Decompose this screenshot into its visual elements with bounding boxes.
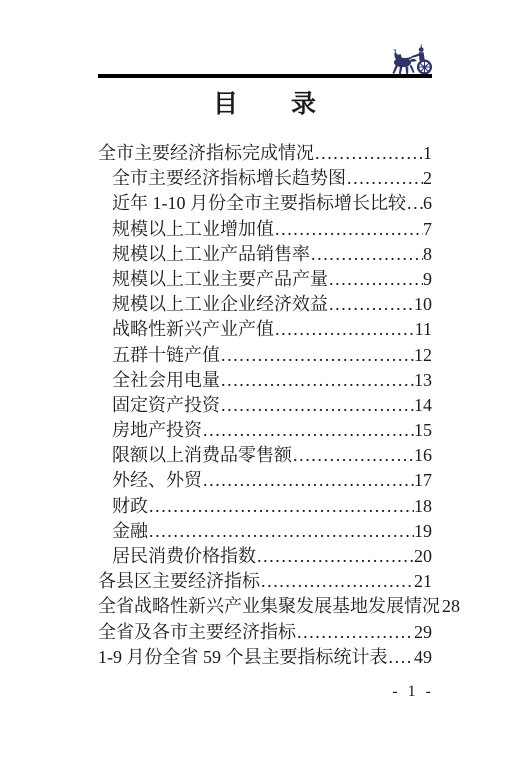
toc-entry-label: 各县区主要经济指标	[98, 569, 260, 594]
toc-entry-page: 19	[414, 519, 432, 544]
toc-entry[interactable]: 全社会用电量 .................................…	[98, 368, 432, 393]
toc-entry-label: 全社会用电量	[112, 368, 220, 393]
toc-entry-label: 房地产投资	[112, 418, 202, 443]
toc-entry-label: 外经、外贸	[112, 468, 202, 493]
toc-entry-label: 限额以上消费品零售额	[112, 443, 292, 468]
header-rule	[98, 74, 432, 78]
page-number: - 1 -	[98, 683, 432, 701]
dot-leader: ........................................…	[292, 443, 414, 468]
toc-entry-page: 7	[423, 217, 432, 242]
toc-entry[interactable]: 全省及各市主要经济指标 ............................…	[98, 620, 432, 645]
dot-leader: ........................................…	[310, 242, 423, 267]
dot-leader: ........................................…	[256, 544, 414, 569]
toc-entry[interactable]: 限额以上消费品零售额 .............................…	[98, 443, 432, 468]
toc-entry-label: 固定资产投资	[112, 393, 220, 418]
dot-leader: ........................................…	[148, 494, 414, 519]
toc-entry[interactable]: 规模以上工业产品销售率 ............................…	[98, 242, 432, 267]
toc-entry-label: 全省及各市主要经济指标	[98, 620, 296, 645]
toc-entry-page: 28	[442, 594, 460, 619]
toc-entry[interactable]: 金融 .....................................…	[98, 519, 432, 544]
dot-leader: ........................................…	[346, 166, 423, 191]
toc-entry-page: 14	[414, 393, 432, 418]
toc-entry[interactable]: 规模以上工业企业经济效益 ...........................…	[98, 292, 432, 317]
toc-entry-label: 规模以上工业产品销售率	[112, 242, 310, 267]
dot-leader: ........................................…	[274, 317, 415, 342]
toc-entry[interactable]: 固定资产投资 .................................…	[98, 393, 432, 418]
toc-entry-page: 2	[423, 166, 432, 191]
toc-entry-label: 近年 1-10 月份全市主要指标增长比较	[112, 191, 406, 216]
toc-entry-page: 18	[414, 494, 432, 519]
toc-entry-page: 12	[414, 343, 432, 368]
dot-leader: ........................................…	[220, 368, 414, 393]
dot-leader: ........................................…	[314, 141, 423, 166]
toc-entry-page: 10	[414, 292, 432, 317]
dot-leader: ........................................…	[328, 267, 423, 292]
toc-entry-page: 15	[414, 418, 432, 443]
dot-leader: ........................................…	[202, 418, 414, 443]
toc-entry[interactable]: 外经、外贸 ..................................…	[98, 468, 432, 493]
toc-entry-label: 战略性新兴产业产值	[112, 317, 274, 342]
dot-leader: ........................................…	[148, 519, 414, 544]
toc-entry[interactable]: 全市主要经济指标完成情况 ...........................…	[98, 141, 432, 166]
toc-entry-label: 1-9 月份全省 59 个县主要指标统计表	[98, 645, 388, 670]
toc-entry[interactable]: 战略性新兴产业产值 ..............................…	[98, 317, 432, 342]
dot-leader: ........................................…	[202, 468, 414, 493]
toc-list: 全市主要经济指标完成情况 ...........................…	[98, 141, 432, 670]
toc-entry-page: 20	[414, 544, 432, 569]
dot-leader: ........................................…	[388, 645, 415, 670]
page-title: 目 录	[98, 84, 432, 120]
dot-leader: ........................................…	[220, 393, 414, 418]
toc-entry[interactable]: 居民消费价格指数 ...............................…	[98, 544, 432, 569]
toc-entry-page: 29	[414, 620, 432, 645]
toc-entry-page: 17	[414, 468, 432, 493]
toc-entry-page: 1	[423, 141, 432, 166]
dot-leader: ........................................…	[296, 620, 414, 645]
toc-entry-page: 6	[423, 191, 432, 216]
toc-entry-page: 49	[414, 645, 432, 670]
toc-entry-page: 9	[423, 267, 432, 292]
toc-entry-label: 规模以上工业企业经济效益	[112, 292, 328, 317]
dot-leader: ........................................…	[260, 569, 414, 594]
toc-entry-label: 全市主要经济指标完成情况	[98, 141, 314, 166]
horse-chariot-logo-icon	[391, 44, 435, 76]
dot-leader: ........................................…	[220, 343, 414, 368]
toc-entry[interactable]: 规模以上工业主要产品产量 ...........................…	[98, 267, 432, 292]
toc-entry-label: 全省战略性新兴产业集聚发展基地发展情况	[98, 594, 440, 619]
toc-entry[interactable]: 各县区主要经济指标 ..............................…	[98, 569, 432, 594]
toc-entry[interactable]: 全市主要经济指标增长趋势图 ..........................…	[98, 166, 432, 191]
toc-entry-page: 11	[415, 317, 432, 342]
document-page: 目 录 全市主要经济指标完成情况 .......................…	[0, 0, 528, 767]
toc-entry-label: 规模以上工业增加值	[112, 217, 274, 242]
toc-entry-label: 居民消费价格指数	[112, 544, 256, 569]
dot-leader: ........................................…	[406, 191, 423, 216]
toc-entry-page: 21	[414, 569, 432, 594]
toc-entry[interactable]: 1-9 月份全省 59 个县主要指标统计表 ..................…	[98, 645, 432, 670]
toc-entry-label: 规模以上工业主要产品产量	[112, 267, 328, 292]
toc-entry-label: 财政	[112, 494, 148, 519]
toc-entry-label: 全市主要经济指标增长趋势图	[112, 166, 346, 191]
toc-entry[interactable]: 财政 .....................................…	[98, 494, 432, 519]
toc-entry-page: 13	[414, 368, 432, 393]
toc-entry[interactable]: 近年 1-10 月份全市主要指标增长比较 ...................…	[98, 191, 432, 216]
toc-entry[interactable]: 规模以上工业增加值 ..............................…	[98, 217, 432, 242]
toc-entry[interactable]: 五群十链产值 .................................…	[98, 343, 432, 368]
toc-entry-label: 金融	[112, 519, 148, 544]
toc-entry[interactable]: 全省战略性新兴产业集聚发展基地发展情况 ....................…	[98, 594, 432, 619]
toc-entry-label: 五群十链产值	[112, 343, 220, 368]
dot-leader: ........................................…	[328, 292, 414, 317]
toc-entry[interactable]: 房地产投资 ..................................…	[98, 418, 432, 443]
toc-entry-page: 8	[423, 242, 432, 267]
dot-leader: ........................................…	[274, 217, 423, 242]
toc-entry-page: 16	[414, 443, 432, 468]
